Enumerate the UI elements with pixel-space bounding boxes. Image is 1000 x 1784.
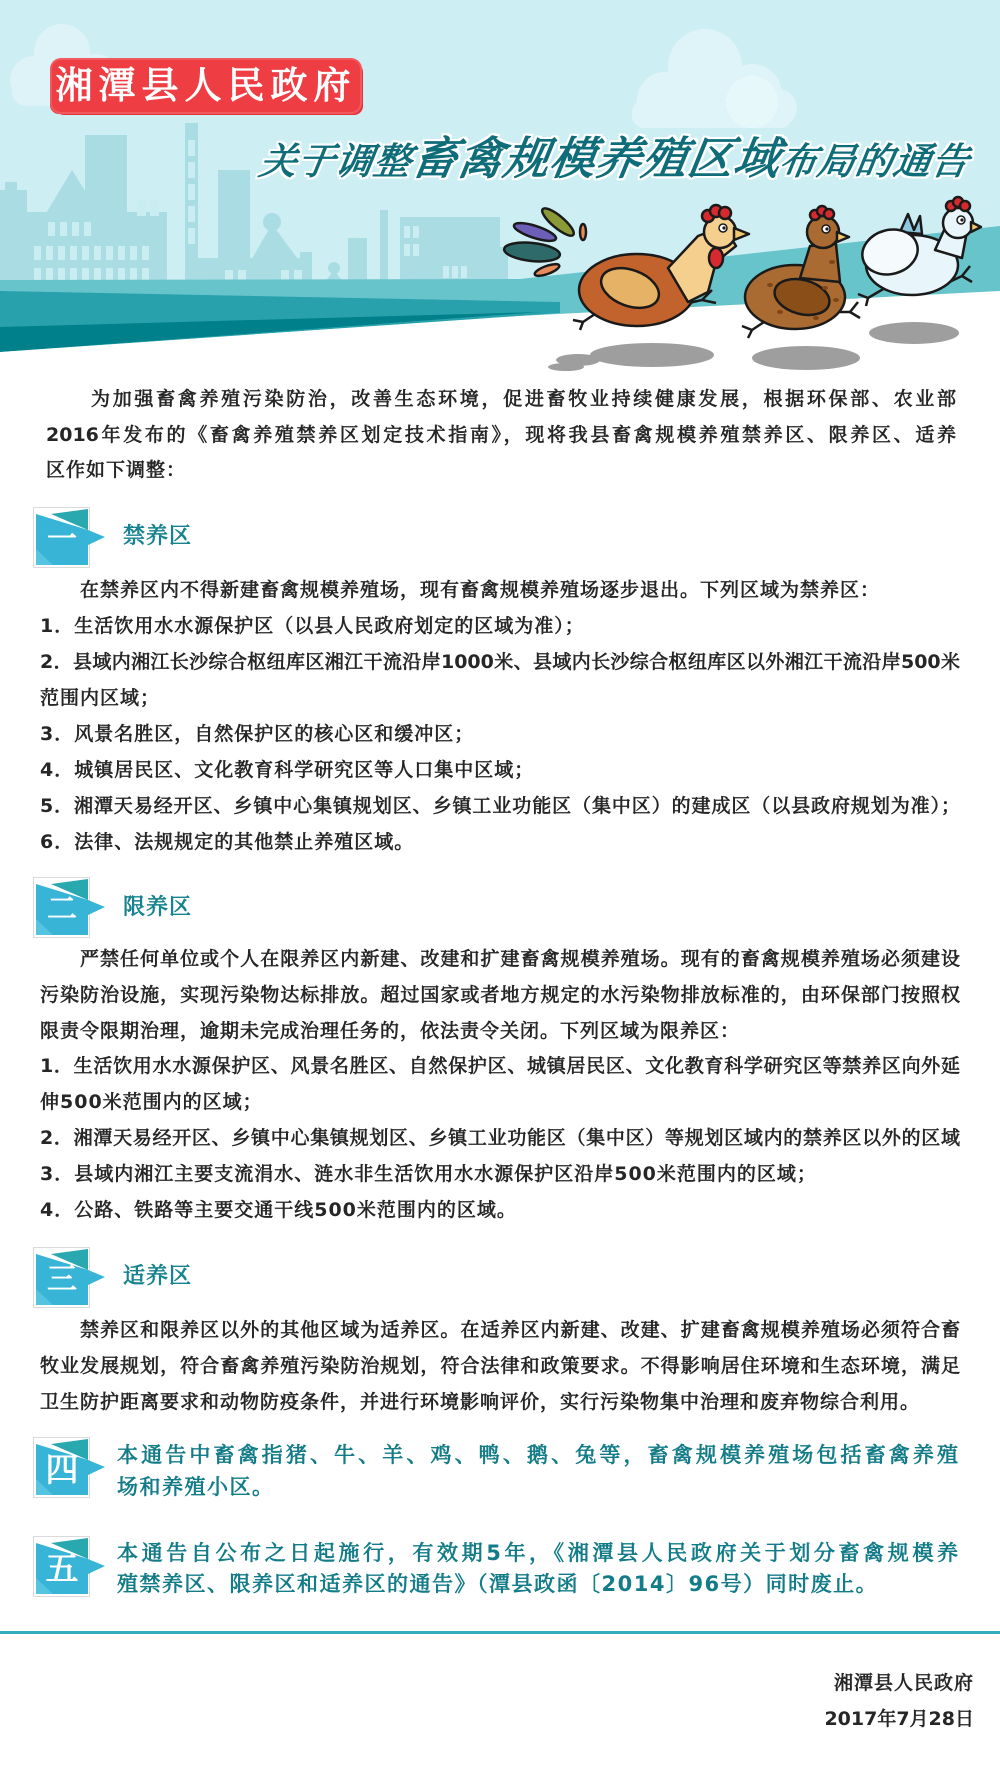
intro-line: 2016年发布的《畜禽养殖禁养区划定技术指南》，现将我县畜禽规模养殖禁养区、限养…	[46, 418, 956, 454]
header-illustration	[0, 0, 1000, 380]
section-2-title: 限养区	[123, 893, 192, 923]
list-item-continued: 范围内区域；	[40, 680, 960, 716]
section-line: 殖禁养区、限养区和适养区的通告》（潭县政函〔2014〕96号）同时废止。	[117, 1569, 958, 1600]
section-5-badge: 五	[33, 1536, 108, 1598]
intro-line: 区作如下调整：	[46, 453, 956, 489]
section-numeral: 五	[36, 1543, 88, 1594]
list-item-continued: 伸500米范围内的区域；	[40, 1085, 960, 1121]
list-item: 6．法律、法规规定的其他禁止养殖区域。	[40, 824, 960, 860]
title-part-2: 畜禽规模养殖区域	[408, 132, 784, 185]
section-3-body: 禁养区和限养区以外的其他区域为适养区。在适养区内新建、改建、扩建畜禽规模养殖场必…	[40, 1312, 960, 1420]
section-line: 限责令限期治理，逾期未完成治理任务的，依法责令关闭。下列区域为限养区：	[40, 1014, 960, 1050]
list-item: 4．城镇居民区、文化教育科学研究区等人口集中区域；	[40, 752, 960, 788]
list-item: 2．湘潭天易经开区、乡镇中心集镇规划区、乡镇工业功能区（集中区）等规划区域内的禁…	[40, 1121, 960, 1157]
section-line: 牧业发展规划，符合畜禽养殖污染防治规划，符合法律和政策要求。不得影响居住环境和生…	[40, 1348, 960, 1384]
section-2-badge: 二	[33, 877, 108, 939]
signature-date: 2017年7月28日	[824, 1707, 974, 1731]
section-2-body: 严禁任何单位或个人在限养区内新建、改建和扩建畜禽规模养殖场。现有的畜禽规模养殖场…	[40, 942, 960, 1228]
title-part-1: 关于调整	[256, 140, 415, 183]
section-5-body: 本通告自公布之日起施行，有效期5年，《湘潭县人民政府关于划分畜禽规模养 殖禁养区…	[117, 1538, 958, 1600]
title-part-3: 布局的通告	[776, 140, 973, 183]
section-line: 场和养殖小区。	[117, 1471, 958, 1503]
section-4-body: 本通告中畜禽指猪、牛、羊、鸡、鸭、鹅、兔等，畜禽规模养殖场包括畜禽养殖 场和养殖…	[117, 1439, 958, 1503]
section-1-body: 在禁养区内不得新建畜禽规模养殖场，现有畜禽规模养殖场逐步退出。下列区域为禁养区：…	[40, 572, 960, 860]
section-line: 污染防治设施，实现污染物达标排放。超过国家或者地方规定的水污染物排放标准的，由环…	[40, 978, 960, 1014]
section-numeral: 四	[36, 1444, 88, 1495]
section-1-badge: 一	[33, 507, 108, 569]
section-4-badge: 四	[33, 1437, 108, 1499]
org-banner: 湘潭县人民政府	[52, 60, 360, 112]
section-3-badge: 三	[33, 1247, 108, 1309]
list-item: 4．公路、铁路等主要交通干线500米范围内的区域。	[40, 1193, 960, 1229]
intro-paragraph: 为加强畜禽养殖污染防治，改善生态环境，促进畜牧业持续健康发展，根据环保部、农业部…	[46, 382, 956, 489]
section-line: 在禁养区内不得新建畜禽规模养殖场，现有畜禽规模养殖场逐步退出。下列区域为禁养区：	[40, 572, 960, 608]
signature-org: 湘潭县人民政府	[834, 1671, 974, 1695]
section-3-title: 适养区	[123, 1262, 192, 1292]
section-line: 禁养区和限养区以外的其他区域为适养区。在适养区内新建、改建、扩建畜禽规模养殖场必…	[40, 1312, 960, 1348]
notice-page: 湘潭县人民政府 关于调整畜禽规模养殖区域布局的通告 为加强畜禽养殖污染防治，改善…	[0, 0, 1000, 1784]
section-numeral: 一	[36, 514, 88, 565]
list-item: 2．县域内湘江长沙综合枢纽库区湘江干流沿岸1000米、县域内长沙综合枢纽库区以外…	[40, 644, 960, 680]
section-1-title: 禁养区	[123, 522, 192, 552]
section-line: 严禁任何单位或个人在限养区内新建、改建和扩建畜禽规模养殖场。现有的畜禽规模养殖场…	[40, 942, 960, 978]
section-line: 本通告中畜禽指猪、牛、羊、鸡、鸭、鹅、兔等，畜禽规模养殖场包括畜禽养殖	[117, 1439, 958, 1471]
section-line: 本通告自公布之日起施行，有效期5年，《湘潭县人民政府关于划分畜禽规模养	[117, 1538, 958, 1569]
intro-line: 为加强畜禽养殖污染防治，改善生态环境，促进畜牧业持续健康发展，根据环保部、农业部	[46, 382, 956, 418]
list-item: 5．湘潭天易经开区、乡镇中心集镇规划区、乡镇工业功能区（集中区）的建成区（以县政…	[40, 788, 960, 824]
section-numeral: 二	[36, 884, 88, 935]
footer-divider	[0, 1631, 1000, 1634]
list-item: 1．生活饮用水水源保护区、风景名胜区、自然保护区、城镇居民区、文化教育科学研究区…	[40, 1049, 960, 1085]
section-line: 卫生防护距离要求和动物防疫条件，并进行环境影响评价，实行污染物集中治理和废弃物综…	[40, 1384, 960, 1420]
section-numeral: 三	[36, 1254, 88, 1305]
list-item: 1．生活饮用水水源保护区（以县人民政府划定的区域为准）；	[40, 608, 960, 644]
list-item: 3．风景名胜区，自然保护区的核心区和缓冲区；	[40, 716, 960, 752]
notice-title: 关于调整畜禽规模养殖区域布局的通告	[256, 132, 1000, 186]
list-item: 3．县域内湘江主要支流涓水、涟水非生活饮用水水源保护区沿岸500米范围内的区域；	[40, 1157, 960, 1193]
